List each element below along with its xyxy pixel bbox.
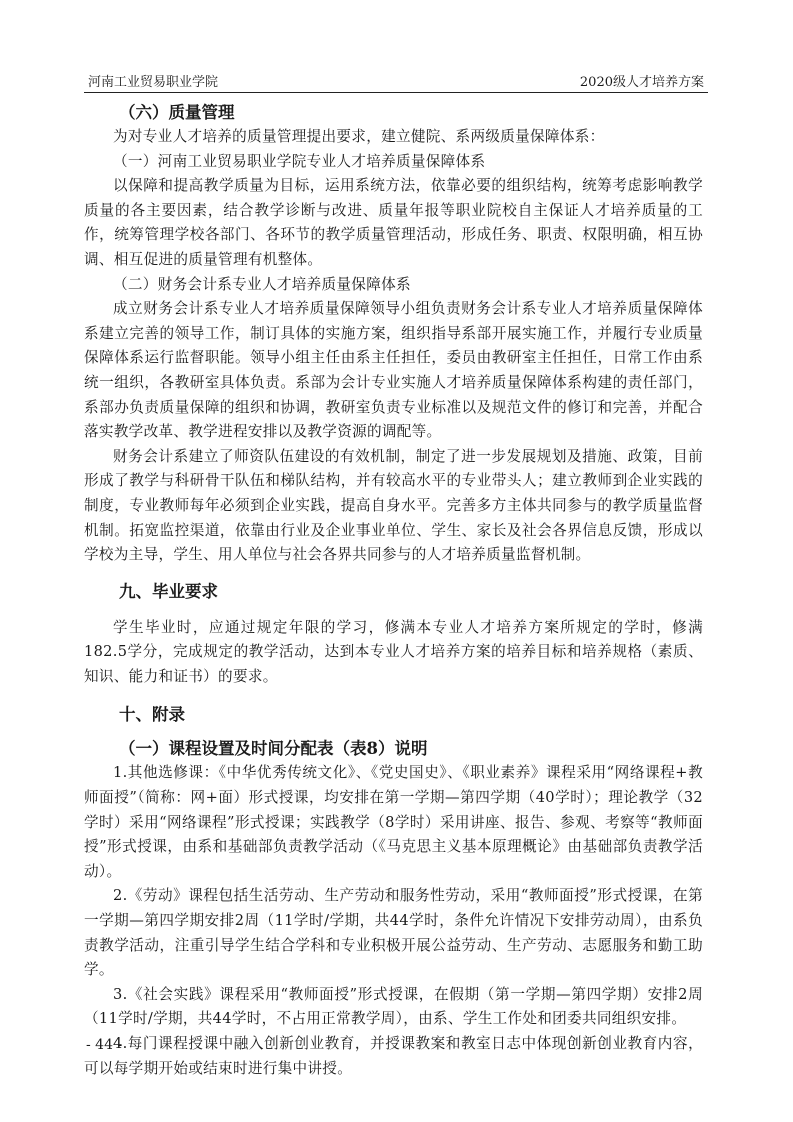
appendix-item-1: 1.其他选修课：《中华优秀传统文化》、《党史国史》、《职业素养》课程采用“网络课… (84, 761, 703, 884)
section-heading-graduation: 九、毕业要求 (119, 580, 703, 604)
page-header: 河南工业贸易职业学院 2020级人才培养方案 (84, 74, 708, 92)
section-appendix: 十、附录 （一）课程设置及时间分配表（表8）说明 1.其他选修课：《中华优秀传统… (113, 703, 703, 1081)
section-graduation: 九、毕业要求 学生毕业时，应通过规定年限的学习，修满本专业人才培养方案所规定的学… (113, 580, 703, 690)
graduation-body: 学生毕业时，应通过规定年限的学习，修满本专业人才培养方案所规定的学时，修满182… (84, 616, 703, 690)
quality-intro: 为对专业人才培养的质量管理提出要求，建立健院、系两级质量保障体系： (113, 125, 703, 150)
appendix-item-4: 4.每门课程授课中融入创新创业教育，并授课教案和教室日志中体现创新创业教育内容，… (84, 1032, 703, 1081)
appendix-item-2: 2.《劳动》课程包括生活劳动、生产劳动和服务性劳动，采用“教师面授”形式授课，在… (84, 884, 703, 982)
quality-sub1-body: 以保障和提高教学质量为目标，运用系统方法，依靠必要的组织结构，统筹考虑影响教学质… (84, 174, 703, 272)
page-number: - 44 - (86, 1037, 122, 1053)
section-heading-appendix: 十、附录 (119, 703, 703, 727)
quality-sub2-body1: 成立财务会计系专业人才培养质量保障领导小组负责财务会计系专业人才培养质量保障体系… (84, 297, 703, 445)
page-content: （六）质量管理 为对专业人才培养的质量管理提出要求，建立健院、系两级质量保障体系… (113, 101, 703, 1081)
header-institution: 河南工业贸易职业学院 (88, 74, 218, 92)
header-document-title: 2020级人才培养方案 (580, 74, 704, 92)
quality-sub2-title: （二）财务会计系专业人才培养质量保障体系 (113, 273, 703, 298)
header-divider (84, 92, 708, 93)
section-quality-management: （六）质量管理 为对专业人才培养的质量管理提出要求，建立健院、系两级质量保障体系… (113, 101, 703, 568)
quality-sub1-title: （一）河南工业贸易职业学院专业人才培养质量保障体系 (113, 150, 703, 175)
appendix-item-3: 3.《社会实践》课程采用“教师面授”形式授课，在假期（第一学期—第四学期）安排2… (84, 983, 703, 1032)
appendix-subheading: （一）课程设置及时间分配表（表8）说明 (119, 737, 703, 761)
quality-sub2-body2: 财务会计系建立了师资队伍建设的有效机制，制定了进一步发展规划及措施、政策，目前形… (84, 445, 703, 568)
section-heading-quality: （六）质量管理 (119, 101, 703, 125)
